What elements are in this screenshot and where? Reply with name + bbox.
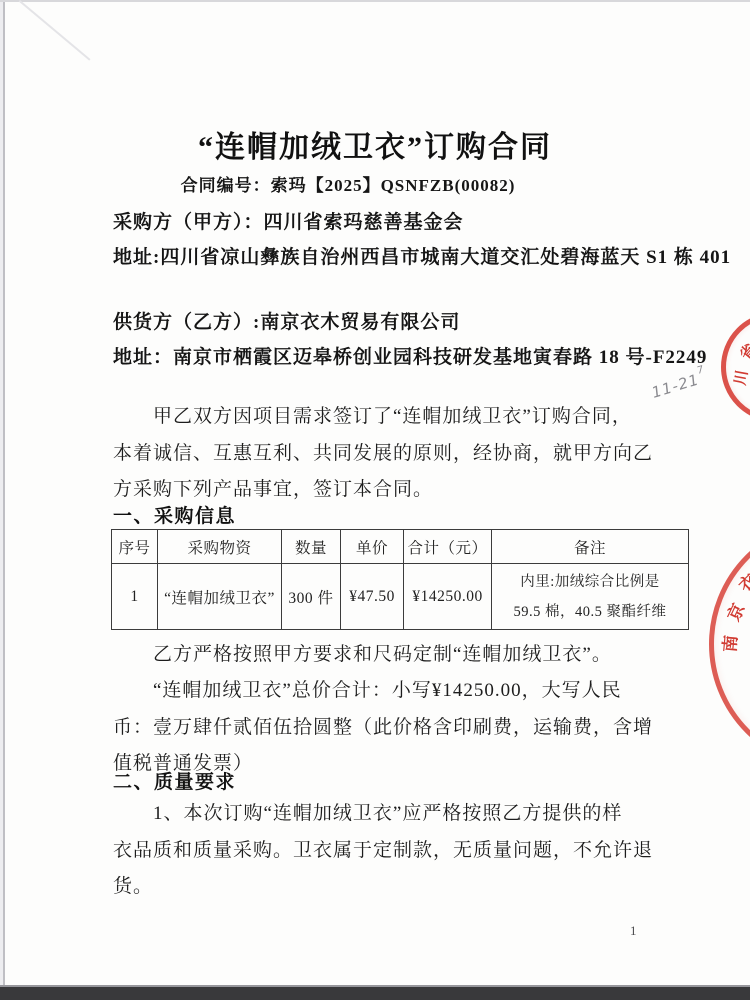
col-header-no: 序号 <box>112 530 158 564</box>
col-header-item: 采购物资 <box>158 530 282 564</box>
page-number: 1 <box>630 923 637 939</box>
party-b-address: 地址：南京市栖霞区迈皋桥创业园科技研发基地寅春路 18 号-F2249 <box>113 342 707 369</box>
party-a-address: 地址:四川省凉山彝族自治州西昌市城南大道交汇处碧海蓝天 S1 栋 401 <box>113 242 731 269</box>
quality-paragraph: 1、本次订购“连帽加绒卫衣”应严格按照乙方提供的样 衣品质和质量采购。卫衣属于定… <box>113 796 665 906</box>
custom-make-paragraph: 乙方严格按照甲方要求和尺码定制“连帽加绒卫衣”。 <box>113 637 665 674</box>
col-header-price: 单价 <box>341 530 404 564</box>
document-title: “连帽加绒卫衣”订购合同 <box>0 122 750 166</box>
scan-bottom-edge-band <box>0 987 750 1000</box>
scanned-contract-page: “连帽加绒卫衣”订购合同 合同编号：索玛【2025】QSNFZB(00082) … <box>0 0 750 1000</box>
cell-unit-price: ¥47.50 <box>341 564 404 630</box>
col-header-total: 合计（元） <box>404 530 492 564</box>
red-seal-party-b: 衣 京 南 <box>709 518 750 770</box>
section2-heading: 二、质量要求 <box>113 767 236 794</box>
scan-corner-fold-mark <box>19 0 91 61</box>
cell-qty: 300 件 <box>282 564 341 630</box>
cell-total: ¥14250.00 <box>404 564 492 630</box>
scan-top-edge-line <box>0 0 750 2</box>
table-row: 1 “连帽加绒卫衣” 300 件 ¥47.50 ¥14250.00 内里:加绒综… <box>112 564 689 630</box>
contract-number: 合同编号：索玛【2025】QSNFZB(00082) <box>0 171 696 196</box>
handwritten-note: 11-217 <box>650 368 709 402</box>
party-a-line: 采购方（甲方）：四川省索玛慈善基金会 <box>113 207 464 234</box>
seal-character: 川 <box>729 368 750 386</box>
cell-item: “连帽加绒卫衣” <box>158 564 282 630</box>
cell-no: 1 <box>112 564 158 630</box>
seal-character: 衣 <box>732 567 750 597</box>
col-header-qty: 数量 <box>282 530 341 564</box>
table-header-row: 序号 采购物资 数量 单价 合计（元） 备注 <box>112 530 689 564</box>
seal-character: 南 <box>715 634 741 653</box>
seal-character: 京 <box>720 599 750 625</box>
handwritten-note-text: 11-21 <box>650 370 702 401</box>
intro-paragraph: 甲乙双方因项目需求签订了“连帽加绒卫衣”订购合同， 本着诚信、互惠互利、共同发展… <box>113 399 665 509</box>
seal-character: 省 <box>735 339 750 364</box>
purchase-info-table: 序号 采购物资 数量 单价 合计（元） 备注 1 “连帽加绒卫衣” 300 件 … <box>111 529 689 630</box>
party-b-line: 供货方（乙方）:南京衣木贸易有限公司 <box>113 307 460 334</box>
red-seal-party-a: 省 川 <box>721 312 750 422</box>
section1-heading: 一、采购信息 <box>113 501 236 528</box>
cell-remark: 内里:加绒综合比例是 59.5 棉，40.5 聚酯纤维 <box>492 564 689 630</box>
col-header-remark: 备注 <box>492 530 689 564</box>
